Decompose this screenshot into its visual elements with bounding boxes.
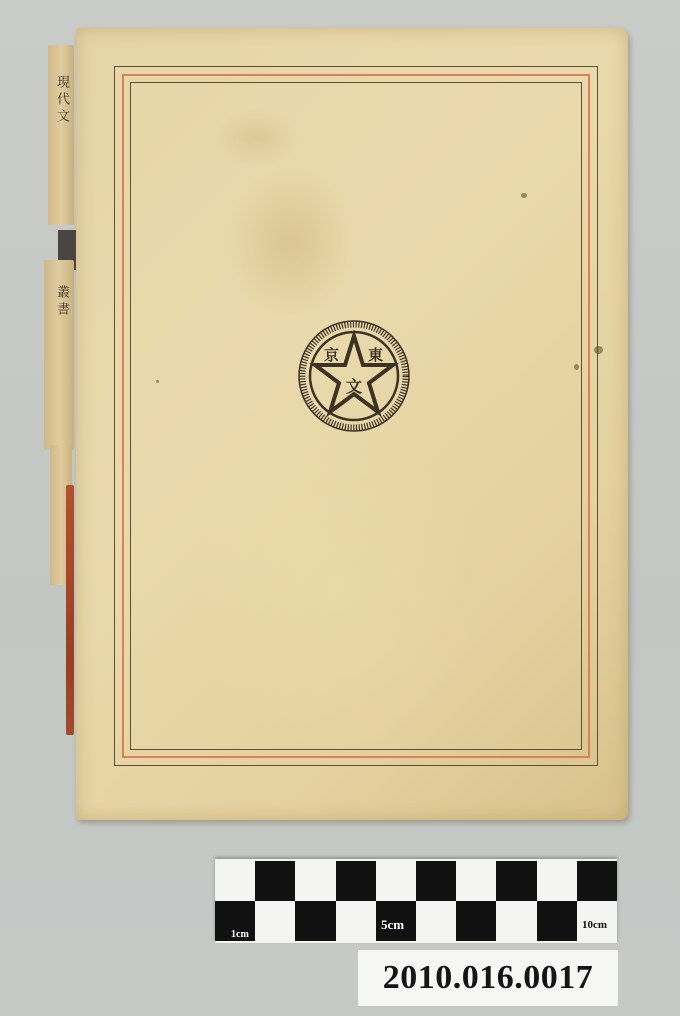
stain-mark: [521, 193, 527, 198]
emblem-char-center: 文: [346, 374, 362, 397]
scale-bar: 1cm 5cm 10cm: [215, 859, 617, 943]
emblem-char-right: 東: [368, 344, 383, 365]
publisher-emblem: 京 東 文: [298, 320, 410, 432]
scale-row-bottom: [215, 901, 617, 941]
spine-red-binding: [66, 485, 74, 735]
spine-label-upper: [48, 45, 74, 225]
spine-label-upper-text: 現代文: [52, 75, 71, 126]
stain-mark: [574, 364, 579, 370]
emblem-char-left: 京: [324, 344, 339, 365]
book-spine: 現代文 叢書: [44, 45, 78, 685]
scale-label-5cm: 5cm: [381, 917, 404, 933]
stain-mark: [594, 346, 603, 354]
stain-mark: [156, 380, 159, 383]
scale-label-1cm: 1cm: [231, 929, 249, 940]
book-cover: 京 東 文: [76, 28, 628, 820]
scale-label-10cm: 10cm: [582, 919, 607, 931]
scale-row-top: [215, 861, 617, 901]
spine-label-lower-text: 叢書: [52, 285, 71, 319]
accession-number-label: 2010.016.0017: [358, 950, 618, 1006]
